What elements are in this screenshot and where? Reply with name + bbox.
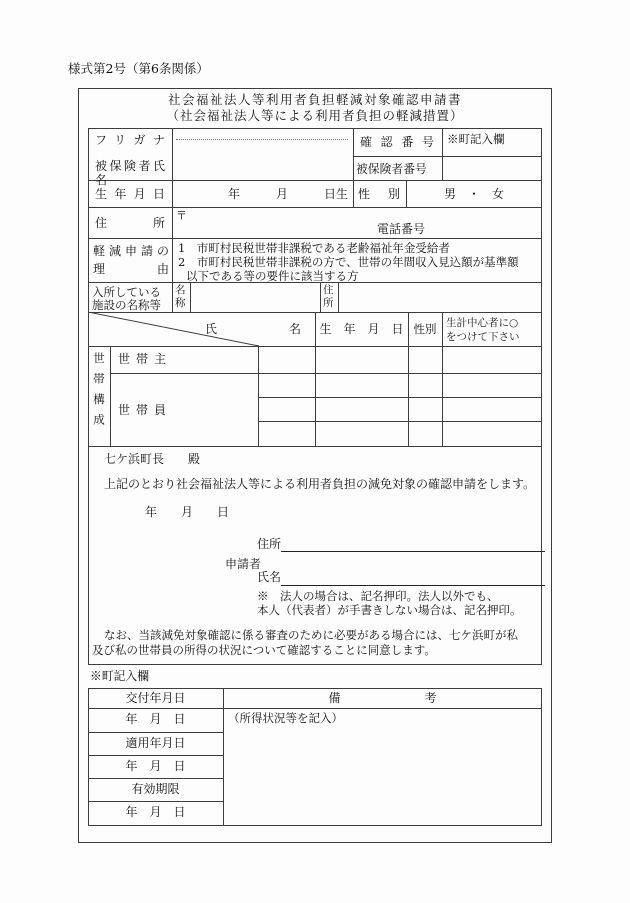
office-row-issue-date: 交付年月日 — [88, 691, 223, 705]
remarks-note: （所得状況等を記入） — [228, 711, 343, 725]
reason-label-line1: 軽減申請の — [93, 244, 169, 258]
declaration-date: 年 月 日 — [145, 505, 229, 519]
phone-label: 電話番号 — [377, 222, 425, 236]
consent-line2: 及び私の世帯員の所得の状況について確認することに同意します。 — [92, 643, 436, 657]
household-col-breadwinner-2: をつけて下さい — [446, 331, 520, 344]
reason-item-1: 1 市町村民税世帯非課税である老齢福祉年金受給者 — [178, 241, 450, 255]
office-row-date-2: 年 月 日 — [88, 759, 223, 773]
office-section-label: ※町記入欄 — [90, 669, 149, 683]
postal-mark: 〒 — [176, 209, 187, 223]
declaration-address-label: 住所 — [257, 537, 281, 551]
doc-title: 社会福祉法人等利用者負担軽減対象確認申請書 — [78, 93, 552, 107]
name-fill-line — [281, 585, 545, 586]
birth-date-label: 生年月日 — [95, 187, 165, 201]
birth-date-value: 年 月 日生 — [172, 187, 348, 201]
doc-subtitle: （社会福祉法人等による利用者負担の軽減措置） — [78, 109, 552, 123]
insured-name-label: 被保険者氏名 — [95, 159, 165, 187]
declaration-body: 上記のとおり社会福祉法人等による利用者負担の減免対象の確認申請をします。 — [104, 477, 535, 491]
office-row-date-1: 年 月 日 — [88, 712, 223, 726]
declaration-name-label: 氏名 — [257, 570, 281, 584]
facility-label-line1: 入所している — [92, 285, 161, 299]
seal-note-line1: ※ 法人の場合は、記名押印。法人以外でも、 — [257, 589, 499, 603]
household-col-birth: 生 年 月 日 — [315, 322, 408, 336]
declaration-applicant-label: 申請者 — [225, 557, 261, 571]
sex-value: 男 ・ 女 — [406, 187, 542, 201]
office-row-expiry: 有効期限 — [88, 782, 223, 796]
insured-number-label: 被保険者番号 — [356, 162, 427, 176]
facility-label-line2: 施設の名称等 — [92, 298, 161, 312]
household-col-breadwinner-1: 生計中心者に○ — [446, 317, 518, 330]
facility-address-label: 住所 — [323, 284, 336, 310]
address-fill-line — [281, 551, 545, 552]
reason-label-line2: 理由 — [93, 262, 169, 276]
address-label: 住所 — [95, 216, 165, 230]
household-col-sex: 性別 — [408, 322, 442, 336]
household-member-label: 世帯員 — [118, 403, 166, 417]
household-head-label: 世帯主 — [118, 352, 166, 366]
furigana-label: フリガナ — [95, 133, 165, 147]
seal-note-line2: 本人（代表者）が手書きしない場合は、記名押印。 — [257, 603, 522, 617]
sex-label: 性別 — [358, 187, 400, 201]
household-col-name: 氏名 — [205, 322, 301, 336]
form-number-label: 様式第2号（第6条関係） — [68, 62, 209, 76]
office-row-apply-date: 適用年月日 — [88, 736, 223, 750]
facility-name-label: 名称 — [175, 284, 188, 310]
confirm-number-label: 確認番号 — [360, 135, 434, 149]
town-entry-note: ※町記入欄 — [447, 132, 505, 146]
form-page: 様式第2号（第6条関係） 社会福祉法人等利用者負担軽減対象確認申請書 （社会福祉… — [0, 0, 630, 903]
consent-line1: なお、当該減免対象確認に係る審査のために必要がある場合には、七ケ浜町が私 — [104, 628, 518, 642]
reason-item-2a: 2 市町村民税世帯非課税の方で、世帯の年間収入見込額が基準額 — [178, 255, 519, 269]
office-row-date-3: 年 月 日 — [88, 805, 223, 819]
household-composition-vertical-label: 世帯構成 — [92, 352, 106, 444]
addressee: 七ケ浜町長 殿 — [104, 452, 200, 466]
furigana-write-line — [176, 139, 348, 140]
remarks-header: 備 考 — [223, 691, 542, 705]
reason-item-2b: 以下である等の要件に該当する方 — [186, 269, 359, 283]
